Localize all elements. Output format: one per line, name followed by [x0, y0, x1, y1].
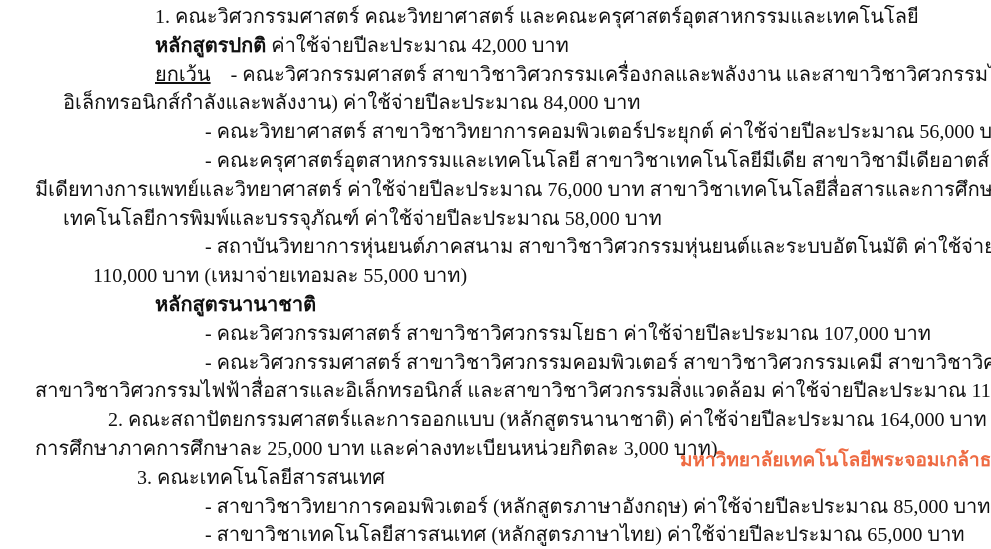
- text-line: 1. คณะวิศวกรรมศาสตร์ คณะวิทยาศาสตร์ และค…: [155, 5, 919, 29]
- text-segment: - สถาบันวิทยาการหุ่นยนต์ภาคสนาม สาขาวิชา…: [205, 236, 991, 258]
- text-segment: หลักสูตรปกติ: [155, 35, 266, 57]
- text-line: - คณะวิทยาศาสตร์ สาขาวิชาวิทยาการคอมพิวเ…: [205, 120, 991, 144]
- text-segment: การศึกษาภาคการศึกษาละ 25,000 บาท และค่าล…: [35, 438, 718, 460]
- text-segment: - คณะวิศวกรรมศาสตร์ สาขาวิชาวิศวกรรมโยธา…: [205, 323, 931, 345]
- text-segment: 1. คณะวิศวกรรมศาสตร์ คณะวิทยาศาสตร์ และค…: [155, 6, 919, 28]
- text-segment: 110,000 บาท (เหมาจ่ายเทอมละ 55,000 บาท): [93, 265, 467, 287]
- text-segment: เทคโนโลยีการพิมพ์และบรรจุภัณฑ์ ค่าใช้จ่า…: [63, 208, 662, 230]
- text-line: มีเดียทางการแพทย์และวิทยาศาสตร์ ค่าใช้จ่…: [35, 178, 991, 202]
- text-line: - คณะครุศาสตร์อุตสาหกรรมและเทคโนโลยี สาข…: [205, 149, 991, 173]
- university-watermark: มหาวิทยาลัยเทคโนโลยีพระจอมเกล้าธนบุรี: [680, 448, 980, 474]
- text-segment: 3. คณะเทคโนโลยีสารสนเทศ: [137, 467, 385, 489]
- text-segment: - คณะวิทยาศาสตร์ สาขาวิชาวิทยาการคอมพิวเ…: [205, 121, 991, 143]
- text-line: เทคโนโลยีการพิมพ์และบรรจุภัณฑ์ ค่าใช้จ่า…: [63, 207, 662, 231]
- text-line: - สาขาวิชาเทคโนโลยีสารสนเทศ (หลักสูตรภาษ…: [205, 523, 965, 547]
- text-line: - สถาบันวิทยาการหุ่นยนต์ภาคสนาม สาขาวิชา…: [205, 235, 991, 259]
- text-segment: อิเล็กทรอนิกส์กำลังและพลังงาน) ค่าใช้จ่า…: [63, 92, 641, 114]
- text-line: หลักสูตรปกติ ค่าใช้จ่ายปีละประมาณ 42,000…: [155, 34, 569, 58]
- text-line: - คณะวิศวกรรมศาสตร์ สาขาวิชาวิศวกรรมคอมพ…: [205, 351, 991, 375]
- text-segment: ยกเว้น: [155, 64, 211, 86]
- text-segment: 2. คณะสถาปัตยกรรมศาสตร์และการออกแบบ (หลั…: [108, 409, 991, 431]
- text-line: การศึกษาภาคการศึกษาละ 25,000 บาท และค่าล…: [35, 437, 718, 461]
- text-segment: - คณะครุศาสตร์อุตสาหกรรมและเทคโนโลยี สาข…: [205, 150, 991, 172]
- text-line: 3. คณะเทคโนโลยีสารสนเทศ: [137, 466, 385, 490]
- text-segment: - สาขาวิชาวิทยาการคอมพิวเตอร์ (หลักสูตรภ…: [205, 496, 990, 518]
- text-line: ยกเว้น - คณะวิศวกรรมศาสตร์ สาขาวิชาวิศวก…: [155, 63, 991, 87]
- document-page: 1. คณะวิศวกรรมศาสตร์ คณะวิทยาศาสตร์ และค…: [0, 0, 991, 549]
- text-segment: - คณะวิศวกรรมศาสตร์ สาขาวิชาวิศวกรรมเครื…: [211, 64, 991, 86]
- text-line: หลักสูตรนานาชาติ: [155, 293, 316, 317]
- text-segment: ค่าใช้จ่ายปีละประมาณ 42,000 บาท: [266, 35, 569, 57]
- text-line: สาขาวิชาวิศวกรรมไฟฟ้าสื่อสารและอิเล็กทรอ…: [35, 379, 991, 403]
- text-segment: มีเดียทางการแพทย์และวิทยาศาสตร์ ค่าใช้จ่…: [35, 179, 991, 201]
- text-line: 2. คณะสถาปัตยกรรมศาสตร์และการออกแบบ (หลั…: [108, 408, 991, 432]
- text-line: อิเล็กทรอนิกส์กำลังและพลังงาน) ค่าใช้จ่า…: [63, 91, 641, 115]
- text-segment: หลักสูตรนานาชาติ: [155, 294, 316, 316]
- text-line: - สาขาวิชาวิทยาการคอมพิวเตอร์ (หลักสูตรภ…: [205, 495, 990, 519]
- text-segment: สาขาวิชาวิศวกรรมไฟฟ้าสื่อสารและอิเล็กทรอ…: [35, 380, 991, 402]
- text-segment: - คณะวิศวกรรมศาสตร์ สาขาวิชาวิศวกรรมคอมพ…: [205, 352, 991, 374]
- text-segment: - สาขาวิชาเทคโนโลยีสารสนเทศ (หลักสูตรภาษ…: [205, 524, 965, 546]
- text-line: - คณะวิศวกรรมศาสตร์ สาขาวิชาวิศวกรรมโยธา…: [205, 322, 931, 346]
- text-line: 110,000 บาท (เหมาจ่ายเทอมละ 55,000 บาท): [93, 264, 467, 288]
